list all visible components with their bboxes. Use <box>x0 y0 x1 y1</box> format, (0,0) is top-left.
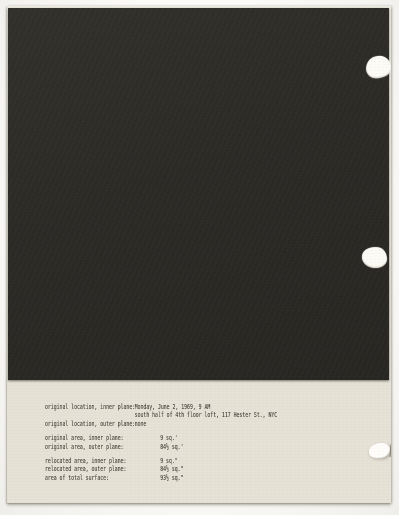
line-value: 84½ sq." <box>160 465 183 473</box>
typed-line-original-location-inner: original location, inner plane: Monday, … <box>45 403 391 411</box>
line-value: 84½ sq.' <box>160 443 183 451</box>
line-value: 9 sq.' <box>160 434 177 442</box>
line-value: none <box>135 420 147 428</box>
line-value: 93½ sq." <box>160 474 183 482</box>
scanned-document: original location, inner plane: Monday, … <box>0 0 399 515</box>
line-label <box>45 411 135 419</box>
line-label: area of total surface: <box>45 474 160 482</box>
typed-line-total-surface: area of total surface: 93½ sq." <box>45 474 391 482</box>
typed-text-block: original location, inner plane: Monday, … <box>45 403 391 482</box>
typed-line-original-location-outer: original location, outer plane: none <box>45 420 391 428</box>
line-label: relocated area, outer plane: <box>45 465 160 473</box>
line-label: original location, outer plane: <box>45 420 135 428</box>
line-label: original location, inner plane: <box>45 403 135 411</box>
typed-line-location-continuation: south half of 4th floor loft, 117 Hester… <box>45 411 391 419</box>
line-value: south half of 4th floor loft, 117 Hester… <box>135 411 277 419</box>
typed-line-relocated-area-inner: relocated area, inner plane: 9 sq." <box>45 457 391 465</box>
backing-page: original location, inner plane: Monday, … <box>7 6 391 503</box>
line-label: original area, inner plane: <box>45 434 160 442</box>
typed-line-original-area-outer: original area, outer plane: 84½ sq.' <box>45 443 391 451</box>
typed-line-original-area-inner: original area, inner plane: 9 sq.' <box>45 434 391 442</box>
black-paper-sheet <box>8 8 389 380</box>
line-label: original area, outer plane: <box>45 443 160 451</box>
typed-line-relocated-area-outer: relocated area, outer plane: 84½ sq." <box>45 465 391 473</box>
line-label: relocated area, inner plane: <box>45 457 160 465</box>
line-value: Monday, June 2, 1969, 9 AM <box>135 403 211 411</box>
